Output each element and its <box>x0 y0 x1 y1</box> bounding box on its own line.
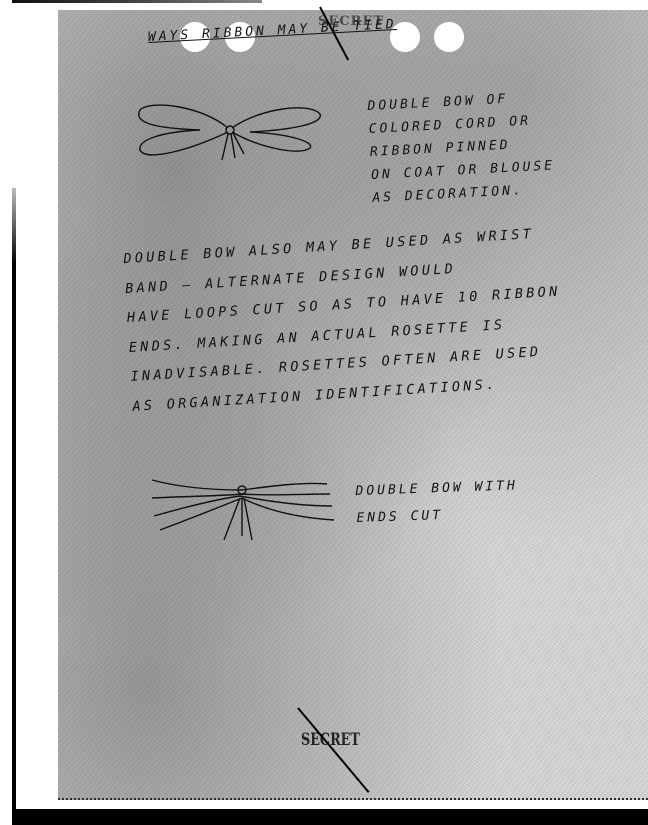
scan-edge-bottom <box>12 809 648 825</box>
figure2-caption: Double bow with ends cut <box>355 472 519 532</box>
scan-edge-left <box>12 188 16 825</box>
punch-hole <box>434 22 464 52</box>
body-paragraph: Double bow also may be used as wrist ban… <box>123 219 567 422</box>
double-bow-drawing-icon <box>140 100 320 170</box>
figure1-caption: Double bow of colored cord or ribbon pin… <box>367 85 557 209</box>
double-bow-ends-cut-drawing-icon <box>152 478 337 548</box>
caption-line: ends cut <box>356 499 519 532</box>
caption-line: Double bow with <box>355 472 518 505</box>
scan-edge-top <box>12 0 262 3</box>
